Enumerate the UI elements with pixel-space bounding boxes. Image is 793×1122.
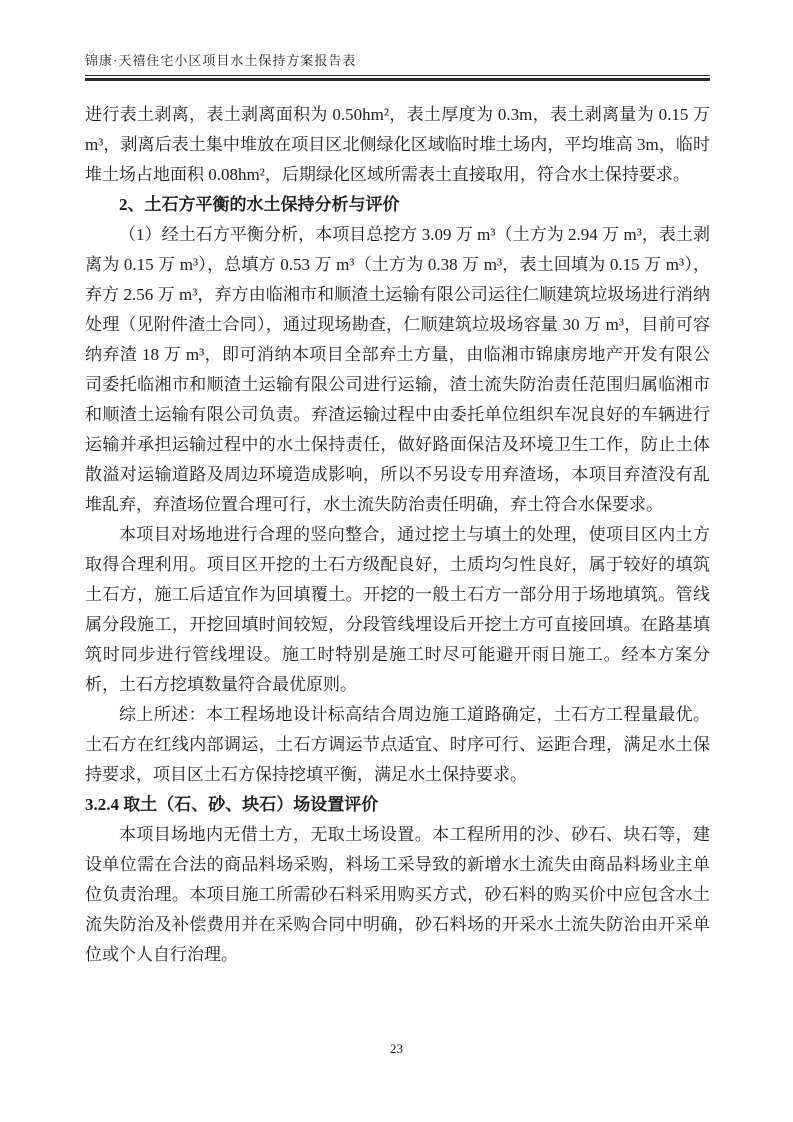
heading-earthwork-balance: 2、土石方平衡的水土保持分析与评价 [85,190,710,220]
page-number: 23 [390,1041,403,1056]
header-rule [85,75,710,76]
paragraph-site-vertical-integration: 本项目对场地进行合理的竖向整合，通过挖土与填土的处理，使项目区内土方取得合理利用… [85,520,710,700]
paragraph-borrow-pit: 本项目场地内无借土方，无取土场设置。本工程所用的沙、砂石、块石等，建设单位需在合… [85,820,710,970]
page-footer: 23 [0,1040,793,1058]
document-page: 锦康·天禧住宅小区项目水土保持方案报告表 进行表土剥离，表土剥离面积为 0.50… [0,0,793,1122]
paragraph-earthwork-balance-analysis: （1）经土石方平衡分析，本项目总挖方 3.09 万 m³（土方为 2.94 万 … [85,220,710,520]
header-title: 锦康·天禧住宅小区项目水土保持方案报告表 [85,50,710,75]
paragraph-topsoil-stripping: 进行表土剥离，表土剥离面积为 0.50hm²，表土厚度为 0.3m，表土剥离量为… [85,100,710,190]
heading-borrow-pit-evaluation: 3.2.4 取土（石、砂、块石）场设置评价 [85,790,710,820]
paragraph-summary: 综上所述：本工程场地设计标高结合周边施工道路确定，土石方工程量最优。土石方在红线… [85,700,710,790]
page-header: 锦康·天禧住宅小区项目水土保持方案报告表 [85,50,710,76]
document-body: 进行表土剥离，表土剥离面积为 0.50hm²，表土厚度为 0.3m，表土剥离量为… [85,100,710,970]
